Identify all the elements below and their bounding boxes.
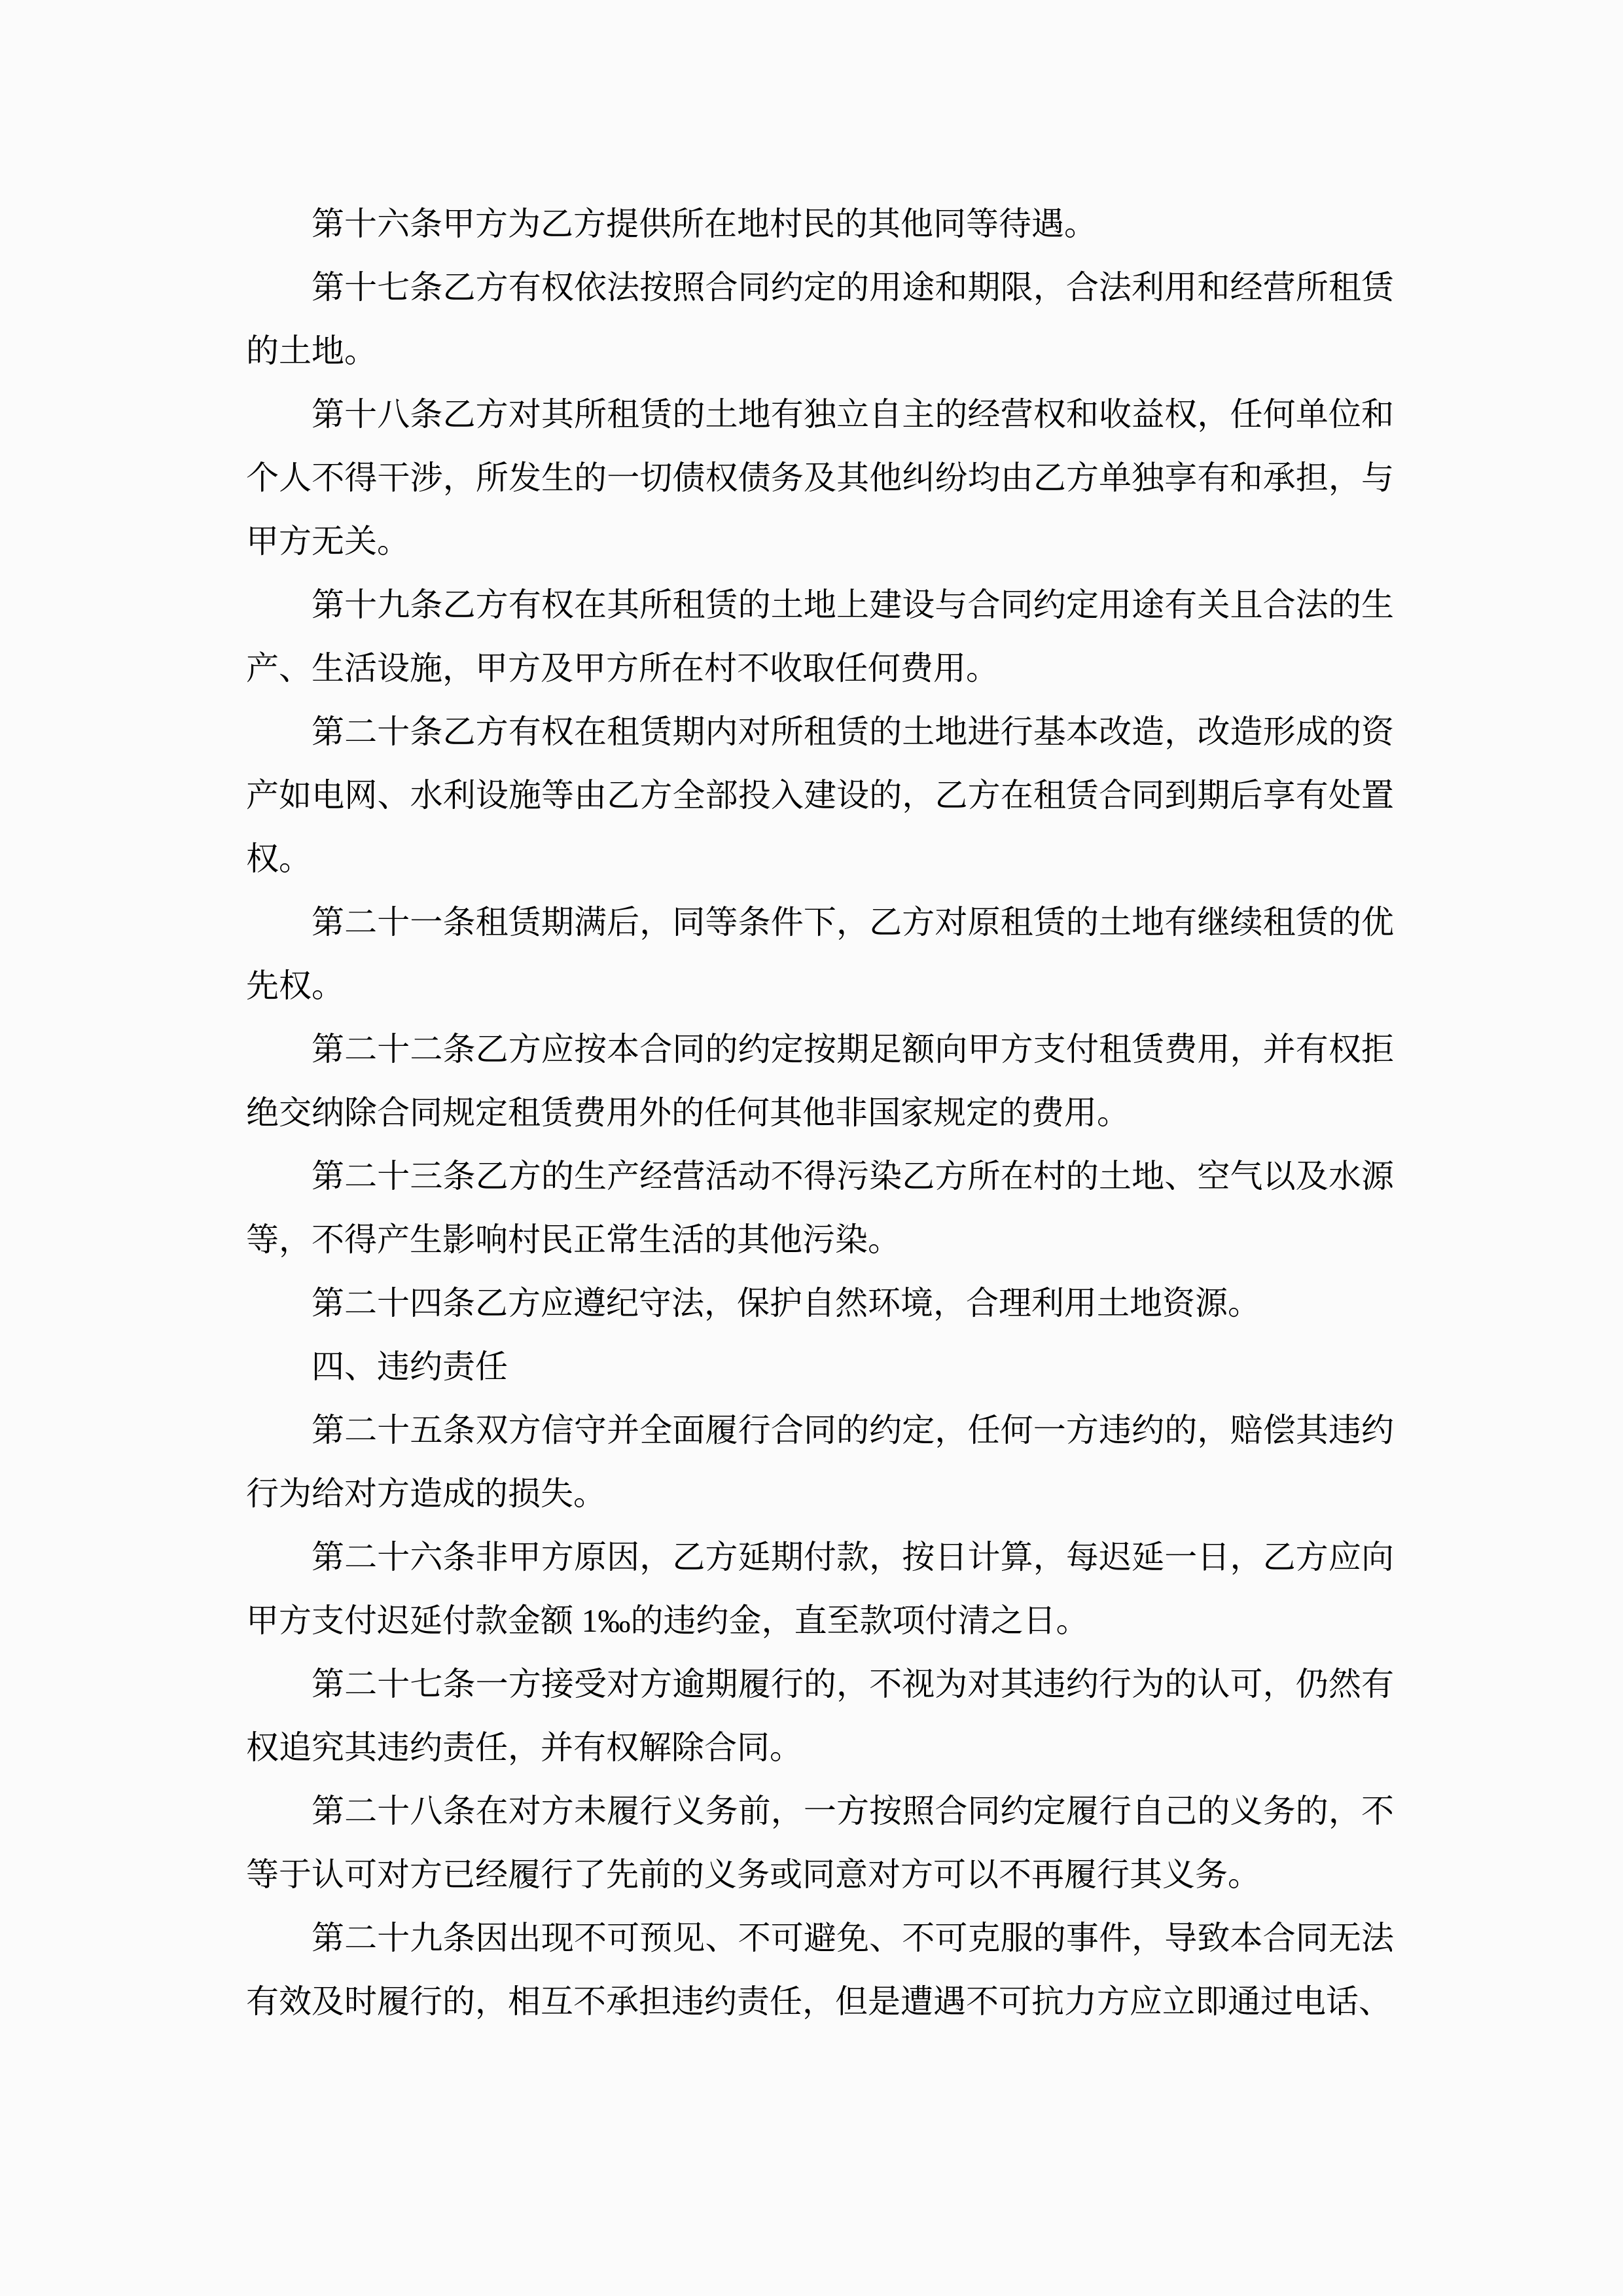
contract-clause: 第二十一条租赁期满后，同等条件下，乙方对原租赁的土地有继续租赁的优先权。 bbox=[246, 891, 1394, 1018]
contract-clause: 第十六条甲方为乙方提供所在地村民的其他同等待遇。 bbox=[246, 192, 1394, 256]
document-body: 第十六条甲方为乙方提供所在地村民的其他同等待遇。第十七条乙方有权依法按照合同约定… bbox=[246, 192, 1394, 2034]
contract-clause: 第二十六条非甲方原因，乙方延期付款，按日计算，每迟延一日，乙方应向甲方支付迟延付… bbox=[246, 1526, 1394, 1653]
contract-clause: 第十七条乙方有权依法按照合同约定的用途和期限，合法利用和经营所租赁的土地。 bbox=[246, 256, 1394, 383]
contract-clause: 第二十七条一方接受对方逾期履行的，不视为对其违约行为的认可，仍然有权追究其违约责… bbox=[246, 1653, 1394, 1780]
contract-page: 第十六条甲方为乙方提供所在地村民的其他同等待遇。第十七条乙方有权依法按照合同约定… bbox=[0, 0, 1623, 2296]
section-heading: 四、违约责任 bbox=[246, 1335, 1394, 1399]
contract-clause: 第二十条乙方有权在租赁期内对所租赁的土地进行基本改造，改造形成的资产如电网、水利… bbox=[246, 700, 1394, 891]
contract-clause: 第十八条乙方对其所租赁的土地有独立自主的经营权和收益权，任何单位和个人不得干涉，… bbox=[246, 383, 1394, 573]
contract-clause: 第二十九条因出现不可预见、不可避免、不可克服的事件，导致本合同无法有效及时履行的… bbox=[246, 1907, 1394, 2034]
contract-clause: 第二十四条乙方应遵纪守法，保护自然环境，合理利用土地资源。 bbox=[246, 1272, 1394, 1335]
contract-clause: 第二十五条双方信守并全面履行合同的约定，任何一方违约的，赔偿其违约行为给对方造成… bbox=[246, 1399, 1394, 1526]
contract-clause: 第二十二条乙方应按本合同的约定按期足额向甲方支付租赁费用，并有权拒绝交纳除合同规… bbox=[246, 1018, 1394, 1145]
contract-clause: 第二十三条乙方的生产经营活动不得污染乙方所在村的土地、空气以及水源等，不得产生影… bbox=[246, 1145, 1394, 1272]
contract-clause: 第十九条乙方有权在其所租赁的土地上建设与合同约定用途有关且合法的生产、生活设施，… bbox=[246, 573, 1394, 700]
contract-clause: 第二十八条在对方未履行义务前，一方按照合同约定履行自己的义务的，不等于认可对方已… bbox=[246, 1780, 1394, 1907]
